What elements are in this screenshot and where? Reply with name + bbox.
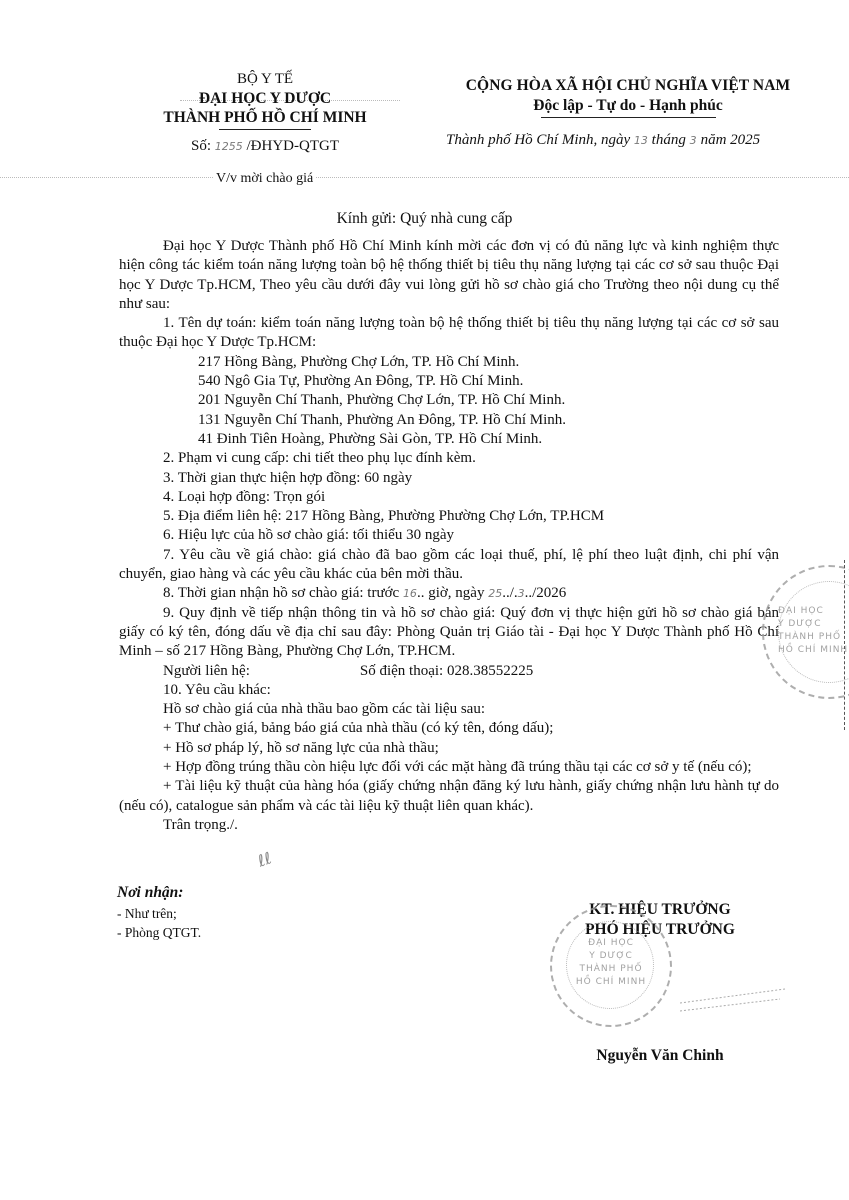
item-8-mid: .. giờ, ngày: [417, 585, 485, 601]
date-year: năm 2025: [701, 132, 761, 148]
number-label: Số:: [191, 138, 211, 154]
stamp-line: THÀNH PHỐ: [552, 963, 670, 976]
date-month-label: tháng: [652, 132, 686, 148]
stamp-line: ĐẠI HỌC: [552, 937, 670, 950]
page-edge-line: [843, 560, 845, 730]
document-date: Thành phố Hồ Chí Minh, ngày 13 tháng 3nă…: [446, 132, 760, 149]
header-underline: [219, 129, 311, 130]
intro-paragraph: Đại học Y Dược Thành phố Hồ Chí Minh kín…: [119, 237, 779, 314]
stamp-line: ĐẠI HỌC: [778, 605, 849, 618]
item-3: 3. Thời gian thực hiện hợp đồng: 60 ngày: [119, 469, 779, 488]
item-10-intro: Hồ sơ chào giá của nhà thầu bao gồm các …: [119, 700, 779, 719]
item-1: 1. Tên dự toán: kiểm toán năng lượng toà…: [119, 314, 779, 353]
ministry-name: BỘ Y TẾ: [140, 70, 390, 89]
subject-line: V/v mời chào giá: [214, 171, 315, 187]
date-month: 3: [690, 134, 697, 147]
stamp-line: HỒ CHÍ MINH: [778, 644, 849, 657]
signer-name: Nguyễn Văn Chinh: [560, 1047, 760, 1065]
stamp-line: Y DƯỢC: [552, 950, 670, 963]
contact-person-label: Người liên hệ:: [163, 662, 250, 681]
university-name-line1: ĐẠI HỌC Y DƯỢC: [140, 89, 390, 108]
address-item: 131 Nguyễn Chí Thanh, Phường An Đông, TP…: [119, 411, 779, 430]
stamp-text: ĐẠI HỌC Y DƯỢC THÀNH PHỐ HỒ CHÍ MINH: [778, 605, 849, 657]
deadline-year: /2026: [532, 585, 566, 601]
deadline-hour: 16: [403, 587, 417, 600]
letter-body: Đại học Y Dược Thành phố Hồ Chí Minh kín…: [119, 237, 779, 835]
recipient-item: - Phòng QTGT.: [117, 925, 201, 941]
national-header: CỘNG HÒA XÃ HỘI CHỦ NGHĨA VIỆT NAM Độc l…: [438, 76, 818, 118]
address-list: 217 Hồng Bàng, Phường Chợ Lớn, TP. Hồ Ch…: [119, 353, 779, 449]
item-6: 6. Hiệu lực của hồ sơ chào giá: tối thiể…: [119, 526, 779, 545]
required-doc: + Hợp đồng trúng thầu còn hiệu lực đối v…: [119, 758, 779, 777]
initials-mark: ℓℓ: [255, 848, 274, 870]
item-10-title: 10. Yêu cầu khác:: [119, 681, 779, 700]
document-number: Số: 1255 /ĐHYD-QTGT: [140, 138, 390, 155]
closing-text: Trân trọng./.: [163, 817, 238, 833]
stamp-line: Y DƯỢC: [778, 618, 849, 631]
issuer-header: BỘ Y TẾ ĐẠI HỌC Y DƯỢC THÀNH PHỐ HỒ CHÍ …: [140, 70, 390, 155]
closing: Trân trọng./.: [119, 816, 779, 835]
item-7: 7. Yêu cầu về giá chào: giá chào đã bao …: [119, 546, 779, 585]
stamp-line: THÀNH PHỐ: [778, 631, 849, 644]
required-doc: + Hồ sơ pháp lý, hồ sơ năng lực của nhà …: [119, 739, 779, 758]
signature-scribble: [680, 985, 790, 1015]
deadline-month: 3: [518, 587, 525, 600]
contact-phone: Số điện thoại: 028.38552225: [360, 662, 533, 681]
date-day: 13: [634, 134, 648, 147]
address-item: 217 Hồng Bàng, Phường Chợ Lớn, TP. Hồ Ch…: [119, 353, 779, 372]
official-stamp: ĐẠI HỌC Y DƯỢC THÀNH PHỐ HỒ CHÍ MINH: [550, 905, 672, 1027]
recipients-title: Nơi nhận:: [117, 884, 183, 902]
handwritten-number: 1255: [215, 140, 243, 153]
required-doc: + Tài liệu kỹ thuật của hàng hóa (giấy c…: [119, 777, 779, 816]
subject-dotted-line: [0, 177, 849, 178]
item-4: 4. Loại hợp đồng: Trọn gói: [119, 488, 779, 507]
motto-underline: [541, 117, 716, 118]
number-suffix: /ĐHYD-QTGT: [247, 138, 339, 154]
stamp-line: HỒ CHÍ MINH: [552, 976, 670, 989]
item-5: 5. Địa điểm liên hệ: 217 Hồng Bàng, Phườ…: [119, 507, 779, 526]
required-doc: + Thư chào giá, bảng báo giá của nhà thầ…: [119, 719, 779, 738]
recipient-item: - Như trên;: [117, 906, 177, 922]
item-8: 8. Thời gian nhận hồ sơ chào giá: trước …: [119, 584, 779, 603]
stamp-text: ĐẠI HỌC Y DƯỢC THÀNH PHỐ HỒ CHÍ MINH: [552, 937, 670, 989]
salutation: Kính gửi: Quý nhà cung cấp: [0, 210, 849, 228]
nation-name: CỘNG HÒA XÃ HỘI CHỦ NGHĨA VIỆT NAM: [438, 76, 818, 96]
item-2: 2. Phạm vi cung cấp: chi tiết theo phụ l…: [119, 449, 779, 468]
item-8-prefix: 8. Thời gian nhận hồ sơ chào giá: trước: [163, 585, 399, 601]
address-item: 201 Nguyễn Chí Thanh, Phường Chợ Lớn, TP…: [119, 391, 779, 410]
address-item: 41 Đinh Tiên Hoàng, Phường Sài Gòn, TP. …: [119, 430, 779, 449]
item-9: 9. Quy định về tiếp nhận thông tin và hồ…: [119, 604, 779, 662]
university-name-line2: THÀNH PHỐ HỒ CHÍ MINH: [140, 108, 390, 127]
national-motto: Độc lập - Tự do - Hạnh phúc: [438, 96, 818, 116]
deadline-day: 25: [488, 587, 502, 600]
contact-row: Người liên hệ: Số điện thoại: 028.385522…: [119, 662, 779, 681]
date-prefix: Thành phố Hồ Chí Minh, ngày: [446, 132, 630, 148]
address-item: 540 Ngô Gia Tự, Phường An Đông, TP. Hồ C…: [119, 372, 779, 391]
